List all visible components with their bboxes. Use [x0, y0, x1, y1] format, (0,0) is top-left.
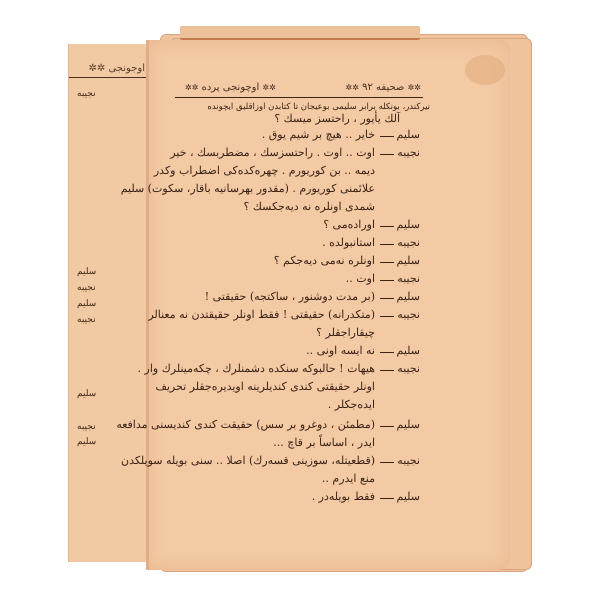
dialogue-line: علائمنی کوریورم . (مقدور بهرسانیه باقار،…	[121, 182, 375, 195]
dialogue-line: (بر مدت دوشنور ، ساکتجه) حقیقتی !	[205, 290, 375, 303]
dialogue-dash	[380, 370, 394, 371]
dialogue-dash	[380, 136, 394, 137]
ornament-icon: ✲✲	[408, 83, 421, 92]
dialogue-dash	[380, 154, 394, 155]
dialogue-line: استانبولده .	[322, 236, 375, 249]
left-speaker: سلیم	[77, 437, 96, 447]
dialogue-line: دیمه .. بن کوریورم . چهره‌کده‌کی اضطراب …	[154, 164, 375, 177]
dialogue-dash	[380, 244, 394, 245]
dialogue-line: هیهات ! حالبوکه سنکده دشمنلرك ، چکه‌مینل…	[138, 362, 375, 375]
dialogue-dash	[380, 280, 394, 281]
speaker-name: نجیبه	[397, 272, 420, 285]
left-header-rule	[69, 77, 149, 78]
left-speaker: سلیم	[77, 299, 96, 309]
dialogue-line: اونلره نه‌می دیه‌جکم ؟	[274, 254, 375, 267]
speaker-name: نجیبه	[397, 308, 420, 321]
dialogue-line: منع ایدرم ..	[322, 472, 375, 485]
dialogue-line: اوت .. اوت . راحتسزسك ، مضطربسك ، خیر	[170, 146, 375, 159]
dialogue-line: چیقاراجقلر ؟	[316, 326, 375, 339]
running-header: ✲✲ اوچونجی پرده ✲✲ ✲✲ صحیفه ۹۲ ✲✲	[175, 80, 425, 96]
dialogue-dash	[380, 262, 394, 263]
left-speaker: نجیبه	[77, 89, 96, 99]
dialogue-line: ایدر ، اساساً بر قاچ ...	[273, 436, 375, 449]
dialogue-line: آلك یأیور ، راحتسز میسك ؟	[274, 112, 400, 125]
dialogue-dash	[380, 316, 394, 317]
speaker-name: نجیبه	[397, 454, 420, 467]
torn-page-top	[180, 26, 420, 40]
dialogue-line: شمدی اونلره نه دیه‌جکسك ؟	[244, 200, 375, 213]
dialogue-dash	[380, 498, 394, 499]
left-speaker: نجیبه	[77, 422, 96, 432]
ornament-icon: ✲✲	[262, 83, 275, 92]
left-page: اوجونجی ✲✲ نجیبه سلیم نجیبه سلیم نجیبه س…	[68, 44, 151, 562]
speaker-name: سلیم	[397, 290, 421, 303]
speaker-name: سلیم	[397, 218, 421, 231]
ornament-icon: ✲✲	[346, 83, 359, 92]
left-speaker: نجیبه	[77, 283, 96, 293]
dialogue-line: (مطمئن ، دوغرو بر سس) حقیقت کندی کندیسنی…	[116, 418, 375, 431]
dialogue-dash	[380, 426, 394, 427]
dialogue-line: (متکدرانه) حقیقتی ! فقط اونلر حقیقتدن نه…	[148, 308, 375, 321]
running-head-left-text: اوچونجی پرده	[202, 82, 260, 93]
left-speaker: سلیم	[77, 267, 96, 277]
ornament-icon: ✲✲	[185, 83, 198, 92]
speaker-name: سلیم	[397, 418, 421, 431]
speaker-name: سلیم	[397, 254, 421, 267]
page-number-text: صحیفه ۹۲	[362, 82, 404, 93]
dialogue-line: خایر .. هیچ بر شیم یوق .	[262, 128, 375, 141]
speaker-name: نجیبه	[397, 236, 420, 249]
header-rule	[175, 97, 423, 98]
ornament-icon: ✲✲	[89, 63, 106, 74]
running-head-left: ✲✲ اوچونجی پرده ✲✲	[185, 82, 276, 93]
page-gutter	[146, 40, 149, 570]
dialogue-dash	[380, 462, 394, 463]
left-speaker: نجیبه	[77, 315, 96, 325]
speaker-name: نجیبه	[397, 362, 420, 375]
dialogue-line: نه ایسه اونی ..	[306, 344, 375, 357]
water-stain	[465, 55, 505, 85]
speaker-name: سلیم	[397, 344, 421, 357]
dialogue-dash	[380, 298, 394, 299]
speaker-name: سلیم	[397, 128, 421, 141]
speaker-name: نجیبه	[397, 146, 420, 159]
dialogue-line: اونلر حقیقتی کندی کندیلرینه اویدیره‌جقلر…	[155, 380, 375, 393]
left-speaker: سلیم	[77, 389, 96, 399]
speaker-name: سلیم	[397, 490, 421, 503]
dialogue-line: اوت ..	[346, 272, 375, 285]
dialogue-line: ایده‌جکلر .	[328, 398, 375, 411]
running-head-right: ✲✲ صحیفه ۹۲ ✲✲	[346, 82, 422, 93]
left-running-head: اوجونجی ✲✲	[89, 63, 145, 74]
dialogue-line: فقط بویله‌در .	[312, 490, 375, 503]
left-running-head-text: اوجونجی	[108, 63, 145, 74]
dialogue-dash	[380, 226, 394, 227]
dialogue-line: اوراده‌می ؟	[323, 218, 375, 231]
dialogue-line: نیرکندر، بونکله برابر سلیمی بوعیجان تا ک…	[207, 102, 430, 112]
dialogue-line: (قطعیتله، سوزینی قسه‌رك) اصلا .. سنی بوی…	[121, 454, 375, 467]
dialogue-dash	[380, 352, 394, 353]
